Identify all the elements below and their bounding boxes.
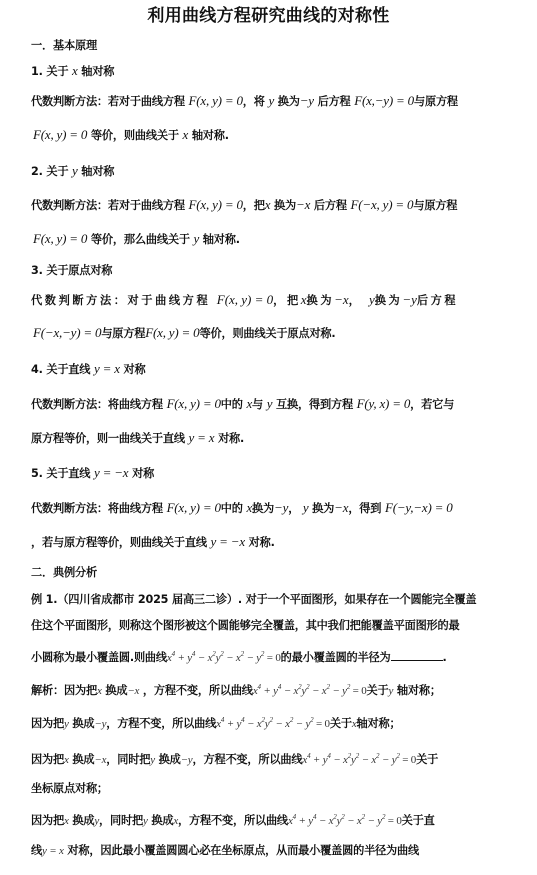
solution-line-1: 解析：因为把x 换成−x ，方程不变，所以曲线x4 + y4 − x2y2 − … <box>31 683 441 699</box>
paragraph-origin-1: 代数判断方法：对于曲线方程 F(x, y) = 0，把x换为−x， y换为−y后… <box>31 292 458 309</box>
paragraph-line-y-eq-neg-x-1: 代数判断方法：将曲线方程 F(x, y) = 0中的 x换为−y， y 换为−x… <box>31 500 453 517</box>
subheading-x-axis: 1. 关于 x 轴对称 <box>31 63 114 80</box>
example-1-line-2: 住这个平面图形，则称这个图形被这个圆能够完全覆盖，其中我们把能覆盖平面图形的最 <box>31 618 460 634</box>
subheading-line-y-eq-x: 4. 关于直线 y = x 对称 <box>31 361 146 378</box>
paragraph-line-y-eq-x-2: 原方程等价，则一曲线关于直线 y = x 对称. <box>31 430 244 447</box>
paragraph-origin-2: F(−x,−y) = 0与原方程F(x, y) = 0等价，则曲线关于原点对称. <box>33 325 335 342</box>
example-1-line-1: 例 1.（四川省成都市 2025 届高三二诊）. 对于一个平面图形，如果存在一个… <box>31 592 476 608</box>
paragraph-y-axis-1: 代数判断方法：若对于曲线方程 F(x, y) = 0，把x 换为−x 后方程 F… <box>31 197 457 214</box>
solution-line-3: 因为把x 换成−x，同时把y 换成−y，方程不变，所以曲线x4 + y4 − x… <box>31 752 438 768</box>
paragraph-line-y-eq-x-1: 代数判断方法：将曲线方程 F(x, y) = 0中的 x与 y 互换，得到方程 … <box>31 396 454 413</box>
paragraph-y-axis-2: F(x, y) = 0 等价，那么曲线关于 y 轴对称. <box>33 231 240 248</box>
section-heading-examples: 二．典例分析 <box>31 565 97 581</box>
paragraph-line-y-eq-neg-x-2: ，若与原方程等价，则曲线关于直线 y = −x 对称. <box>31 534 275 551</box>
subheading-line-y-eq-neg-x: 5. 关于直线 y = −x 对称 <box>31 465 154 482</box>
answer-blank <box>391 648 443 661</box>
document-title: 利用曲线方程研究曲线的对称性 <box>0 4 537 28</box>
paragraph-x-axis-2: F(x, y) = 0 等价，则曲线关于 x 轴对称. <box>33 127 229 144</box>
curve-equation: x4 + y4 − x2y2 − x2 − y2 = 0 <box>167 652 281 664</box>
solution-line-6: 线y = x 对称，因此最小覆盖圆圆心必在坐标原点，从而最小覆盖圆的半径为曲线 <box>31 843 419 859</box>
solution-line-2: 因为把y 换成−y，方程不变，所以曲线x4 + y4 − x2y2 − x2 −… <box>31 716 400 732</box>
section-heading-principles: 一．基本原理 <box>31 38 97 54</box>
solution-line-4: 坐标原点对称； <box>31 781 108 797</box>
paragraph-x-axis-1: 代数判断方法：若对于曲线方程 F(x, y) = 0，将 y 换为−y 后方程 … <box>31 93 458 110</box>
solution-line-5: 因为把x 换成y，同时把y 换成x，方程不变，所以曲线x4 + y4 − x2y… <box>31 813 435 829</box>
subheading-y-axis: 2. 关于 y 轴对称 <box>31 163 114 180</box>
example-1-line-3: 小圆称为最小覆盖圆.则曲线x4 + y4 − x2y2 − x2 − y2 = … <box>31 648 447 666</box>
subheading-origin: 3. 关于原点对称 <box>31 263 112 279</box>
